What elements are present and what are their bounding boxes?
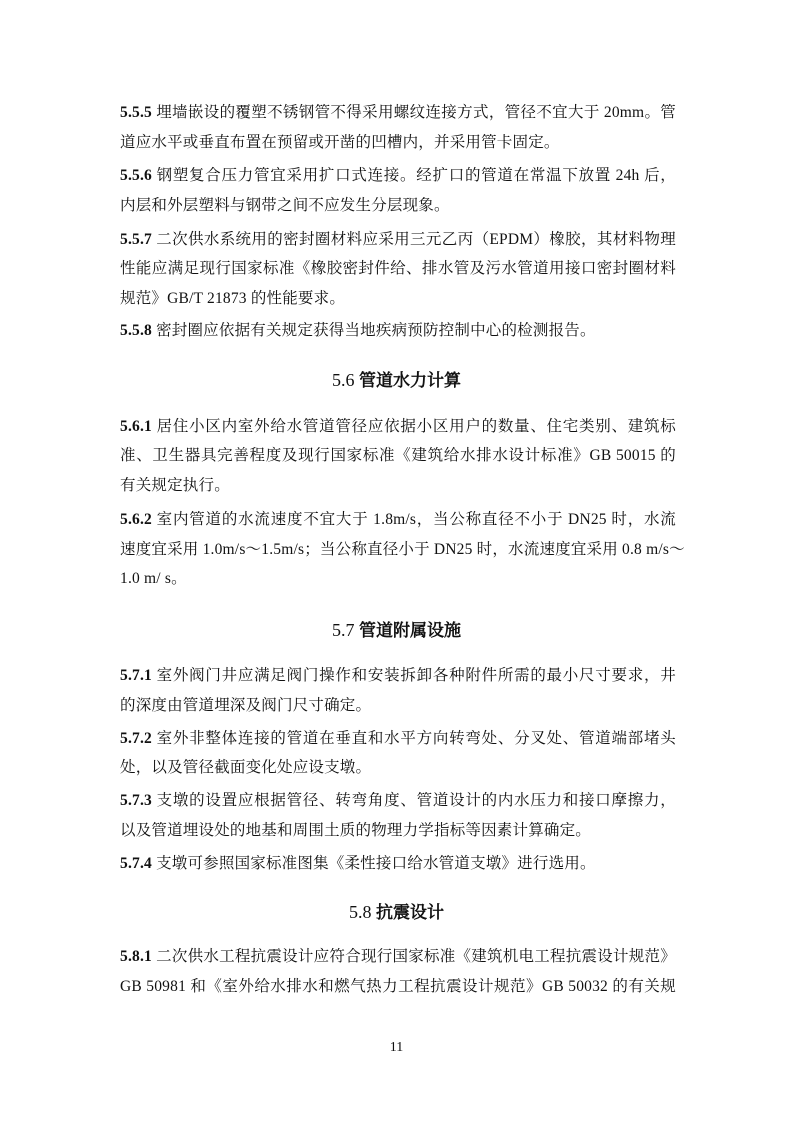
clause-number: 5.7.3 <box>120 792 152 809</box>
clause-5-7-1-line-2: 的深度由管道埋深及阀门尺寸确定。 <box>120 696 676 716</box>
clause-5-6-1-line-1: 5.6.1 居住小区内室外给水管道管径应依据小区用户的数量、住宅类别、建筑标 <box>120 417 676 437</box>
clause-5-7-2-line-2: 处，以及管径截面变化处应设支墩。 <box>120 758 676 778</box>
clause-5-7-3-line-2: 以及管道埋设处的地基和周围土质的物理力学指标等因素计算确定。 <box>120 821 676 841</box>
clause-5-6-1-line-3: 有关规定执行。 <box>120 476 676 496</box>
clause-text: 二次供水系统用的密封圈材料应采用三元乙丙（EPDM）橡胶，其材料物理 <box>152 231 676 248</box>
clause-number: 5.5.5 <box>120 104 152 121</box>
section-title: 抗震设计 <box>376 903 444 923</box>
clause-text: 支墩可参照国家标准图集《柔性接口给水管道支墩》进行选用。 <box>152 855 596 872</box>
clause-5-7-1-line-1: 5.7.1 室外阀门井应满足阀门操作和安装拆卸各种附件所需的最小尺寸要求，井 <box>120 666 676 686</box>
clause-text: 室外非整体连接的管道在垂直和水平方向转弯处、分叉处、管道端部堵头 <box>152 730 676 747</box>
clause-number: 5.8.1 <box>120 948 152 965</box>
clause-text: 居住小区内室外给水管道管径应依据小区用户的数量、住宅类别、建筑标 <box>152 418 676 435</box>
page-number: 11 <box>0 1040 793 1056</box>
clause-5-5-5-line-2: 道应水平或垂直布置在预留或开凿的凹槽内，并采用管卡固定。 <box>120 133 676 153</box>
clause-5-5-7-line-2: 性能应满足现行国家标准《橡胶密封件给、排水管及污水管道用接口密封圈材料 <box>120 259 676 279</box>
clause-5-5-8-line-1: 5.5.8 密封圈应依据有关规定获得当地疾病预防控制中心的检测报告。 <box>120 321 676 341</box>
clause-number: 5.5.6 <box>120 167 152 184</box>
clause-number: 5.6.2 <box>120 511 152 528</box>
clause-text: 室内管道的水流速度不宜大于 1.8m/s，当公称直径不小于 DN25 时，水流 <box>152 511 676 528</box>
clause-text: 室外阀门井应满足阀门操作和安装拆卸各种附件所需的最小尺寸要求，井 <box>152 667 676 684</box>
clause-5-6-1-line-2: 准、卫生器具完善程度及现行国家标准《建筑给水排水设计标准》GB 50015 的 <box>120 446 676 466</box>
clause-5-5-5-line-1: 5.5.5 埋墙嵌设的覆塑不锈钢管不得采用螺纹连接方式，管径不宜大于 20mm。… <box>120 103 676 123</box>
clause-5-8-1-line-1: 5.8.1 二次供水工程抗震设计应符合现行国家标准《建筑机电工程抗震设计规范》 <box>120 947 676 967</box>
clause-text: 埋墙嵌设的覆塑不锈钢管不得采用螺纹连接方式，管径不宜大于 20mm。管 <box>152 104 676 121</box>
clause-5-7-4-line-1: 5.7.4 支墩可参照国家标准图集《柔性接口给水管道支墩》进行选用。 <box>120 854 676 874</box>
clause-number: 5.5.7 <box>120 231 152 248</box>
clause-5-5-6-line-1: 5.5.6 钢塑复合压力管宜采用扩口式连接。经扩口的管道在常温下放置 24h 后… <box>120 166 676 186</box>
clause-number: 5.6.1 <box>120 418 152 435</box>
clause-number: 5.7.2 <box>120 730 152 747</box>
clause-5-5-7-line-3: 规范》GB/T 21873 的性能要求。 <box>120 289 676 309</box>
clause-5-5-7-line-1: 5.5.7 二次供水系统用的密封圈材料应采用三元乙丙（EPDM）橡胶，其材料物理 <box>120 230 676 250</box>
section-heading-5-7: 5.7 管道附属设施 <box>0 618 793 643</box>
clause-number: 5.5.8 <box>120 322 152 339</box>
section-title: 管道附属设施 <box>359 621 461 641</box>
clause-5-8-1-line-2: GB 50981 和《室外给水排水和燃气热力工程抗震设计规范》GB 50032 … <box>120 977 676 997</box>
clause-5-6-2-line-3: 1.0 m/ s。 <box>120 569 676 589</box>
section-title: 管道水力计算 <box>359 371 461 391</box>
clause-5-7-2-line-1: 5.7.2 室外非整体连接的管道在垂直和水平方向转弯处、分叉处、管道端部堵头 <box>120 729 676 749</box>
clause-5-5-6-line-2: 内层和外层塑料与钢带之间不应发生分层现象。 <box>120 196 676 216</box>
clause-5-6-2-line-2: 速度宜采用 1.0m/s～1.5m/s；当公称直径小于 DN25 时，水流速度宜… <box>120 540 676 560</box>
clause-number: 5.7.1 <box>120 667 152 684</box>
section-number: 5.7 <box>332 620 359 640</box>
clause-text: 二次供水工程抗震设计应符合现行国家标准《建筑机电工程抗震设计规范》 <box>152 948 676 965</box>
section-number: 5.6 <box>332 370 359 390</box>
clause-text: 支墩的设置应根据管径、转弯角度、管道设计的内水压力和接口摩擦力， <box>152 792 676 809</box>
clause-5-6-2-line-1: 5.6.2 室内管道的水流速度不宜大于 1.8m/s，当公称直径不小于 DN25… <box>120 510 676 530</box>
section-heading-5-6: 5.6 管道水力计算 <box>0 368 793 393</box>
clause-number: 5.7.4 <box>120 855 152 872</box>
clause-5-7-3-line-1: 5.7.3 支墩的设置应根据管径、转弯角度、管道设计的内水压力和接口摩擦力， <box>120 791 676 811</box>
section-heading-5-8: 5.8 抗震设计 <box>0 900 793 925</box>
clause-text: 密封圈应依据有关规定获得当地疾病预防控制中心的检测报告。 <box>152 322 596 339</box>
clause-text: 钢塑复合压力管宜采用扩口式连接。经扩口的管道在常温下放置 24h 后， <box>152 167 676 184</box>
section-number: 5.8 <box>349 902 376 922</box>
document-page: 5.5.5 埋墙嵌设的覆塑不锈钢管不得采用螺纹连接方式，管径不宜大于 20mm。… <box>0 0 793 1122</box>
